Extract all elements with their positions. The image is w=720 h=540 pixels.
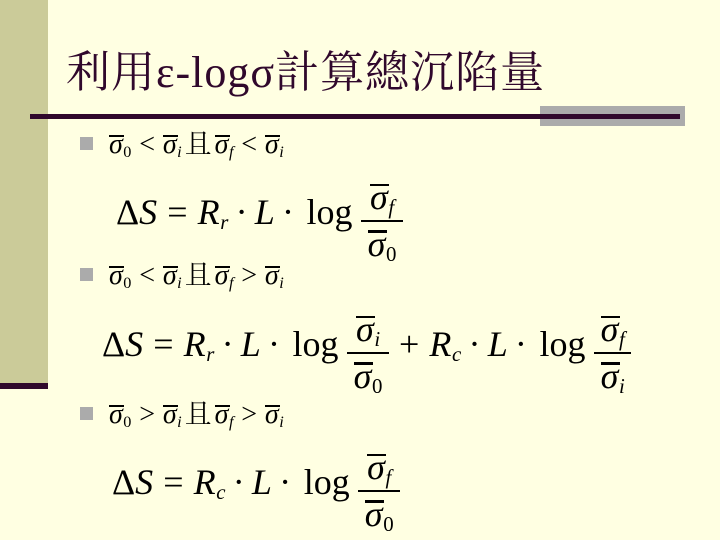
subscript: c [452, 342, 461, 366]
subscript: f [229, 413, 234, 431]
log-function: log [304, 462, 350, 502]
subscript: i [279, 413, 284, 431]
sigma-overbar: σ0 [109, 398, 131, 433]
delta-symbol: Δ [102, 324, 125, 364]
subscript: 0 [123, 413, 131, 431]
sigma-overbar: σ0 [368, 226, 397, 265]
bullet-square-icon [80, 268, 93, 281]
fraction-numerator: σf [358, 446, 400, 492]
variable: R [194, 462, 216, 502]
subscript: 0 [123, 143, 131, 161]
overbar-symbol: σ [370, 179, 388, 215]
overbar-symbol: σ [163, 401, 177, 429]
subscript: i [374, 327, 380, 351]
fraction: σfσ0 [361, 176, 403, 265]
sigma-overbar: σi [356, 311, 380, 350]
subscript: 0 [123, 274, 131, 292]
subscript: 0 [386, 242, 396, 266]
variable-with-subscript: Rr [198, 192, 229, 232]
fraction-numerator: σi [347, 308, 389, 354]
sigma-overbar: σ0 [365, 496, 394, 535]
variable: R [184, 324, 206, 364]
sigma-overbar: σi [265, 128, 284, 163]
fraction-denominator: σi [594, 354, 631, 397]
dot-operator: · [515, 324, 527, 364]
condition-1: σ0<σi且σf<σi [109, 129, 284, 160]
left-band-maroon-cap [0, 383, 48, 389]
sigma-overbar: σi [163, 398, 182, 433]
condition-3: σ0>σi且σf>σi [109, 399, 284, 430]
overbar-symbol: σ [265, 131, 279, 159]
operator: < [139, 129, 155, 160]
variable-with-subscript: Rc [429, 324, 461, 364]
conjunction-text: 且 [185, 399, 212, 429]
variable: S [125, 324, 143, 364]
overbar-symbol: σ [215, 131, 229, 159]
operator: = [167, 192, 187, 232]
bullet-square-icon [80, 407, 93, 420]
overbar-symbol: σ [163, 131, 177, 159]
variable-with-subscript: Rc [194, 462, 226, 502]
variable: L [488, 324, 508, 364]
subscript: i [279, 274, 284, 292]
overbar-symbol: σ [365, 496, 383, 532]
left-accent-band [0, 0, 48, 383]
bullet-square-icon [80, 137, 93, 150]
overbar-symbol: σ [601, 358, 619, 394]
sigma-overbar: σi [601, 358, 625, 397]
sigma-overbar: σi [163, 128, 182, 163]
sigma-overbar: σ0 [109, 128, 131, 163]
bullet-row-1: σ0<σi且σf<σi [80, 128, 284, 163]
subscript: i [177, 413, 182, 431]
delta-symbol: Δ [112, 462, 135, 502]
sigma-overbar: σf [367, 449, 391, 488]
operator: + [399, 324, 419, 364]
overbar-symbol: σ [265, 262, 279, 290]
overbar-symbol: σ [215, 262, 229, 290]
sigma-overbar: σi [265, 259, 284, 294]
sigma-overbar: σf [215, 398, 234, 433]
variable: R [429, 324, 451, 364]
operator: > [241, 260, 257, 291]
overbar-symbol: σ [109, 131, 123, 159]
delta-symbol: Δ [116, 192, 139, 232]
overbar-symbol: σ [215, 401, 229, 429]
overbar-symbol: σ [367, 449, 385, 485]
operator: = [153, 324, 173, 364]
title-underline [30, 114, 680, 119]
overbar-symbol: σ [356, 311, 374, 347]
operator: = [163, 462, 183, 502]
log-function: log [293, 324, 339, 364]
sigma-overbar: σf [215, 128, 234, 163]
overbar-symbol: σ [265, 401, 279, 429]
sigma-overbar: σi [163, 259, 182, 294]
variable: L [241, 324, 261, 364]
sigma-overbar: σ0 [354, 358, 383, 397]
subscript: f [388, 195, 394, 219]
overbar-symbol: σ [163, 262, 177, 290]
dot-operator: · [236, 192, 248, 232]
dot-operator: · [233, 462, 245, 502]
overbar-symbol: σ [368, 226, 386, 262]
subscript: f [229, 274, 234, 292]
overbar-symbol: σ [109, 262, 123, 290]
formula-1: ΔS=Rr·L·logσfσ0 [116, 176, 403, 265]
subscript: i [177, 274, 182, 292]
subscript: c [216, 480, 225, 504]
subscript: f [386, 465, 392, 489]
log-function: log [307, 192, 353, 232]
sigma-overbar: σf [370, 179, 394, 218]
fraction: σfσi [594, 308, 631, 397]
operator: > [241, 399, 257, 430]
sigma-overbar: σf [215, 259, 234, 294]
dot-operator: · [279, 462, 291, 502]
subscript: f [229, 143, 234, 161]
subscript: r [206, 342, 214, 366]
bullet-row-3: σ0>σi且σf>σi [80, 398, 284, 433]
sigma-overbar: σ0 [109, 259, 131, 294]
variable: L [252, 462, 272, 502]
variable: L [255, 192, 275, 232]
fraction-numerator: σf [361, 176, 403, 222]
subscript: i [279, 143, 284, 161]
slide-title: 利用ε-logσ計算總沉陷量 [66, 36, 545, 100]
sigma-overbar: σf [601, 311, 625, 350]
subscript: f [619, 327, 625, 351]
subscript: r [220, 210, 228, 234]
overbar-symbol: σ [354, 358, 372, 394]
overbar-symbol: σ [601, 311, 619, 347]
subscript: i [619, 374, 625, 398]
operator: > [139, 399, 155, 430]
fraction-denominator: σ0 [361, 222, 403, 265]
dot-operator: · [222, 324, 234, 364]
variable: S [135, 462, 153, 502]
bullet-row-2: σ0<σi且σf>σi [80, 259, 284, 294]
fraction-denominator: σ0 [347, 354, 389, 397]
condition-2: σ0<σi且σf>σi [109, 260, 284, 291]
fraction-denominator: σ0 [358, 492, 400, 535]
dot-operator: · [268, 324, 280, 364]
operator: < [139, 260, 155, 291]
operator: < [241, 129, 257, 160]
fraction: σfσ0 [358, 446, 400, 535]
log-function: log [539, 324, 585, 364]
overbar-symbol: σ [109, 401, 123, 429]
formula-2: ΔS=Rr·L·logσiσ0+Rc·L·logσfσi [102, 308, 631, 397]
variable-with-subscript: Rr [184, 324, 215, 364]
variable: S [139, 192, 157, 232]
fraction: σiσ0 [347, 308, 389, 397]
fraction-numerator: σf [594, 308, 631, 354]
dot-operator: · [469, 324, 481, 364]
slide: 利用ε-logσ計算總沉陷量 σ0<σi且σf<σi ΔS=Rr·L·logσf… [0, 0, 720, 540]
conjunction-text: 且 [185, 260, 212, 290]
sigma-overbar: σi [265, 398, 284, 433]
subscript: i [177, 143, 182, 161]
subscript: 0 [383, 512, 393, 536]
dot-operator: · [282, 192, 294, 232]
conjunction-text: 且 [185, 129, 212, 159]
variable: R [198, 192, 220, 232]
formula-3: ΔS=Rc·L·logσfσ0 [112, 446, 400, 535]
subscript: 0 [372, 374, 382, 398]
